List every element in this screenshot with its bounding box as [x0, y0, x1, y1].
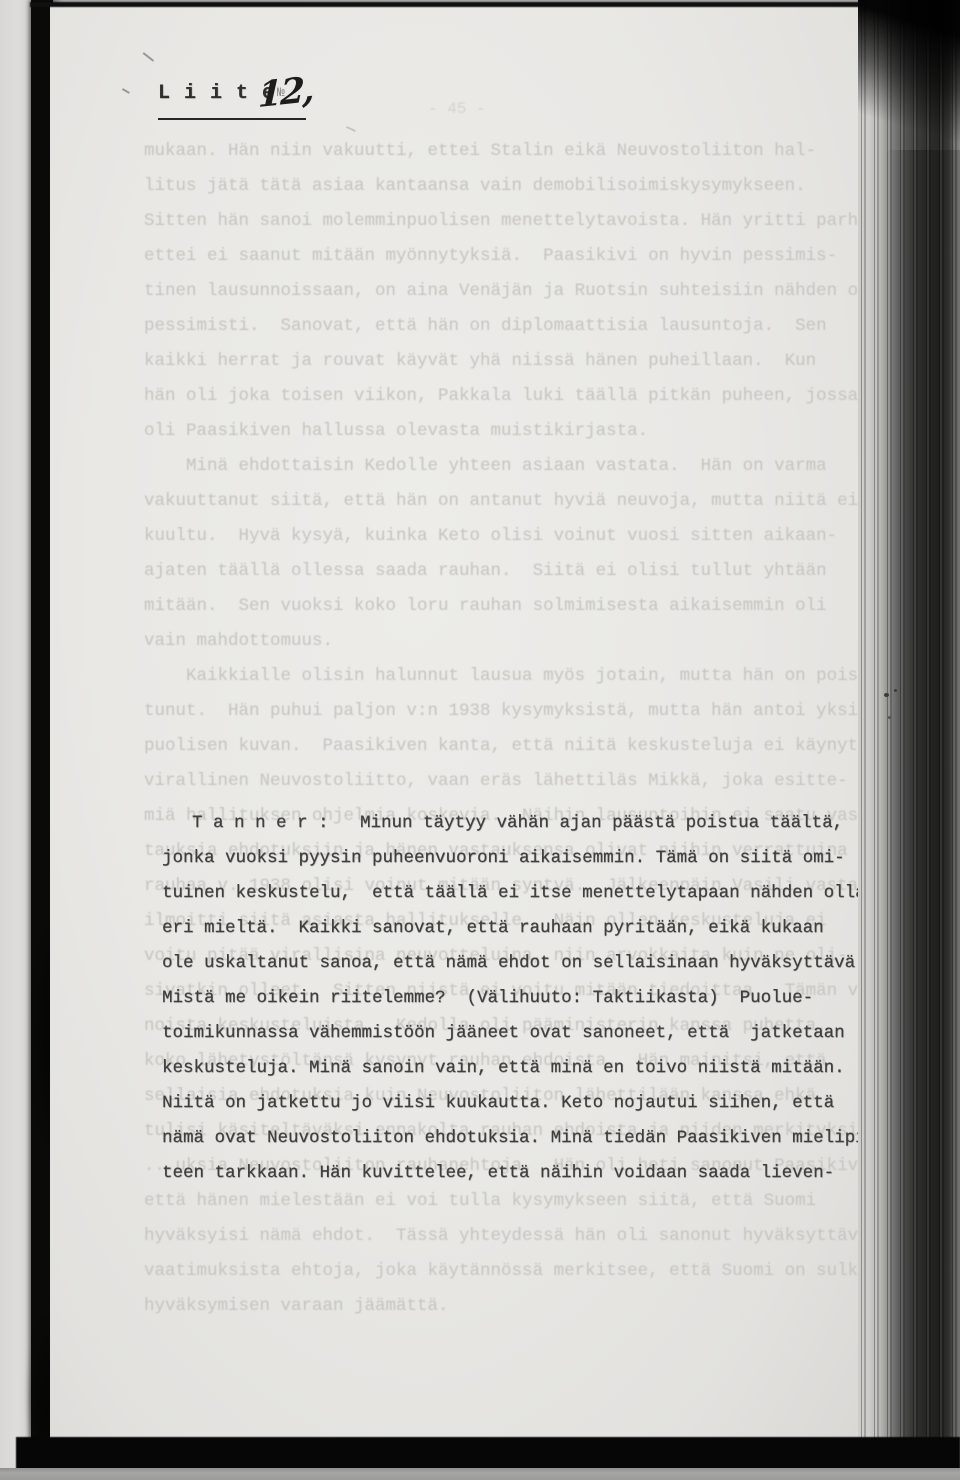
faded-text-line: kaikki herrat ja rouvat käyvät yhä niiss… [144, 344, 858, 379]
text-line: Niitä on jatkettu jo viisi kuukautta. Ke… [162, 1086, 872, 1121]
faded-text-line: Sitten hän sanoi molemminpuolisen menett… [144, 204, 858, 239]
appendix-header: L i i t e№ 12, [158, 82, 285, 116]
page-edges-shading [885, 150, 960, 1440]
text-line: jonka vuoksi pyysin puheenvuoroni aikais… [162, 841, 872, 876]
faded-text-line: kuultu. Hyvä kysyä, kuinka Keto olisi vo… [144, 519, 858, 554]
faded-text-line: puolisen kuvan. Paasikiven kanta, että n… [144, 729, 858, 764]
page-top-edge-shadow [30, 2, 870, 7]
faded-text-line: hyväksyisi nämä ehdot. Tässä yhteydessä … [144, 1219, 858, 1254]
text-line: toimikunnassa vähemmistöön jääneet ovat … [162, 1016, 872, 1051]
faded-text-line: mukaan. Hän niin vakuutti, ettei Stalin … [144, 134, 858, 169]
text-line: teen tarkkaan. Hän kuvittelee, että näih… [162, 1156, 872, 1191]
text-line: eri mieltä. Kaikki sanovat, että rauhaan… [162, 911, 872, 946]
faded-text-line: Minä ehdottaisin Kedolle yhteen asiaan v… [144, 449, 858, 484]
page-number: - 45 - [428, 100, 486, 118]
faded-text-line: tinen lausunnoissaan, on aina Venäjän ja… [144, 274, 858, 309]
previous-page-edge [0, 0, 32, 1468]
top-right-corner-shadow [858, 0, 960, 170]
text-line: T a n n e r : Minun täytyy vähän ajan pä… [162, 806, 872, 841]
faded-text-line: litus jätä tätä asiaa kantaansa vain dem… [144, 169, 858, 204]
text-line: keskusteluja. Minä sanoin vain, että min… [162, 1051, 872, 1086]
document-page: L i i t e№ 12, - 45 - mukaan. Hän niin v… [50, 6, 858, 1439]
faded-text-line: ettei ei saanut mitään myönnytyksiä. Paa… [144, 239, 858, 274]
main-paragraph: T a n n e r : Minun täytyy vähän ajan pä… [162, 806, 872, 1191]
scanner-bed-strip [0, 1468, 960, 1480]
faded-text-line: mitään. Sen vuoksi koko loru rauhan solm… [144, 589, 858, 624]
book-scan: L i i t e№ 12, - 45 - mukaan. Hän niin v… [0, 0, 960, 1480]
ink-speck [884, 693, 889, 697]
faded-text-line: pessimisti. Sanovat, että hän on diploma… [144, 309, 858, 344]
bottom-scan-band [16, 1437, 960, 1469]
faded-text-line: ajaten täällä ollessa saada rauhan. Siit… [144, 554, 858, 589]
scratch-mark [122, 88, 130, 93]
text-line: Mistä me oikein riitelemme? (Välihuuto: … [162, 981, 872, 1016]
text-line: ole uskaltanut sanoa, että nämä ehdot on… [162, 946, 872, 981]
scratch-mark [346, 126, 356, 132]
appendix-underline [158, 118, 306, 120]
faded-text-line: vakuuttanut siitä, että hän on antanut h… [144, 484, 858, 519]
ink-speck [888, 716, 891, 719]
text-line: tuinen keskustelu, että täällä ei itse m… [162, 876, 872, 911]
faded-text-line: virallinen Neuvostoliitto, vaan eräs läh… [144, 764, 858, 799]
text-line: nämä ovat Neuvostoliiton ehdotuksia. Min… [162, 1121, 872, 1156]
faded-text-line: vain mahdottomuus. [144, 624, 858, 659]
faded-text-line: hän oli joka toisen viikon, Pakkala luki… [144, 379, 858, 414]
faded-text-line: tunut. Hän puhui paljon v:n 1938 kysymyk… [144, 694, 858, 729]
scratch-mark [143, 52, 154, 61]
faded-text-line: vaatimuksista ehtoja, joka käytännössä m… [144, 1254, 858, 1289]
faded-text-line: hyväksymisen varaan jäämättä. [144, 1289, 858, 1324]
ink-speck [894, 689, 897, 692]
faded-text-line: oli Paasikiven hallussa olevasta muistik… [144, 414, 858, 449]
handwritten-appendix-number: 12, [257, 69, 313, 116]
faded-text-line: Kaikkialle olisin halunnut lausua myös j… [144, 659, 858, 694]
